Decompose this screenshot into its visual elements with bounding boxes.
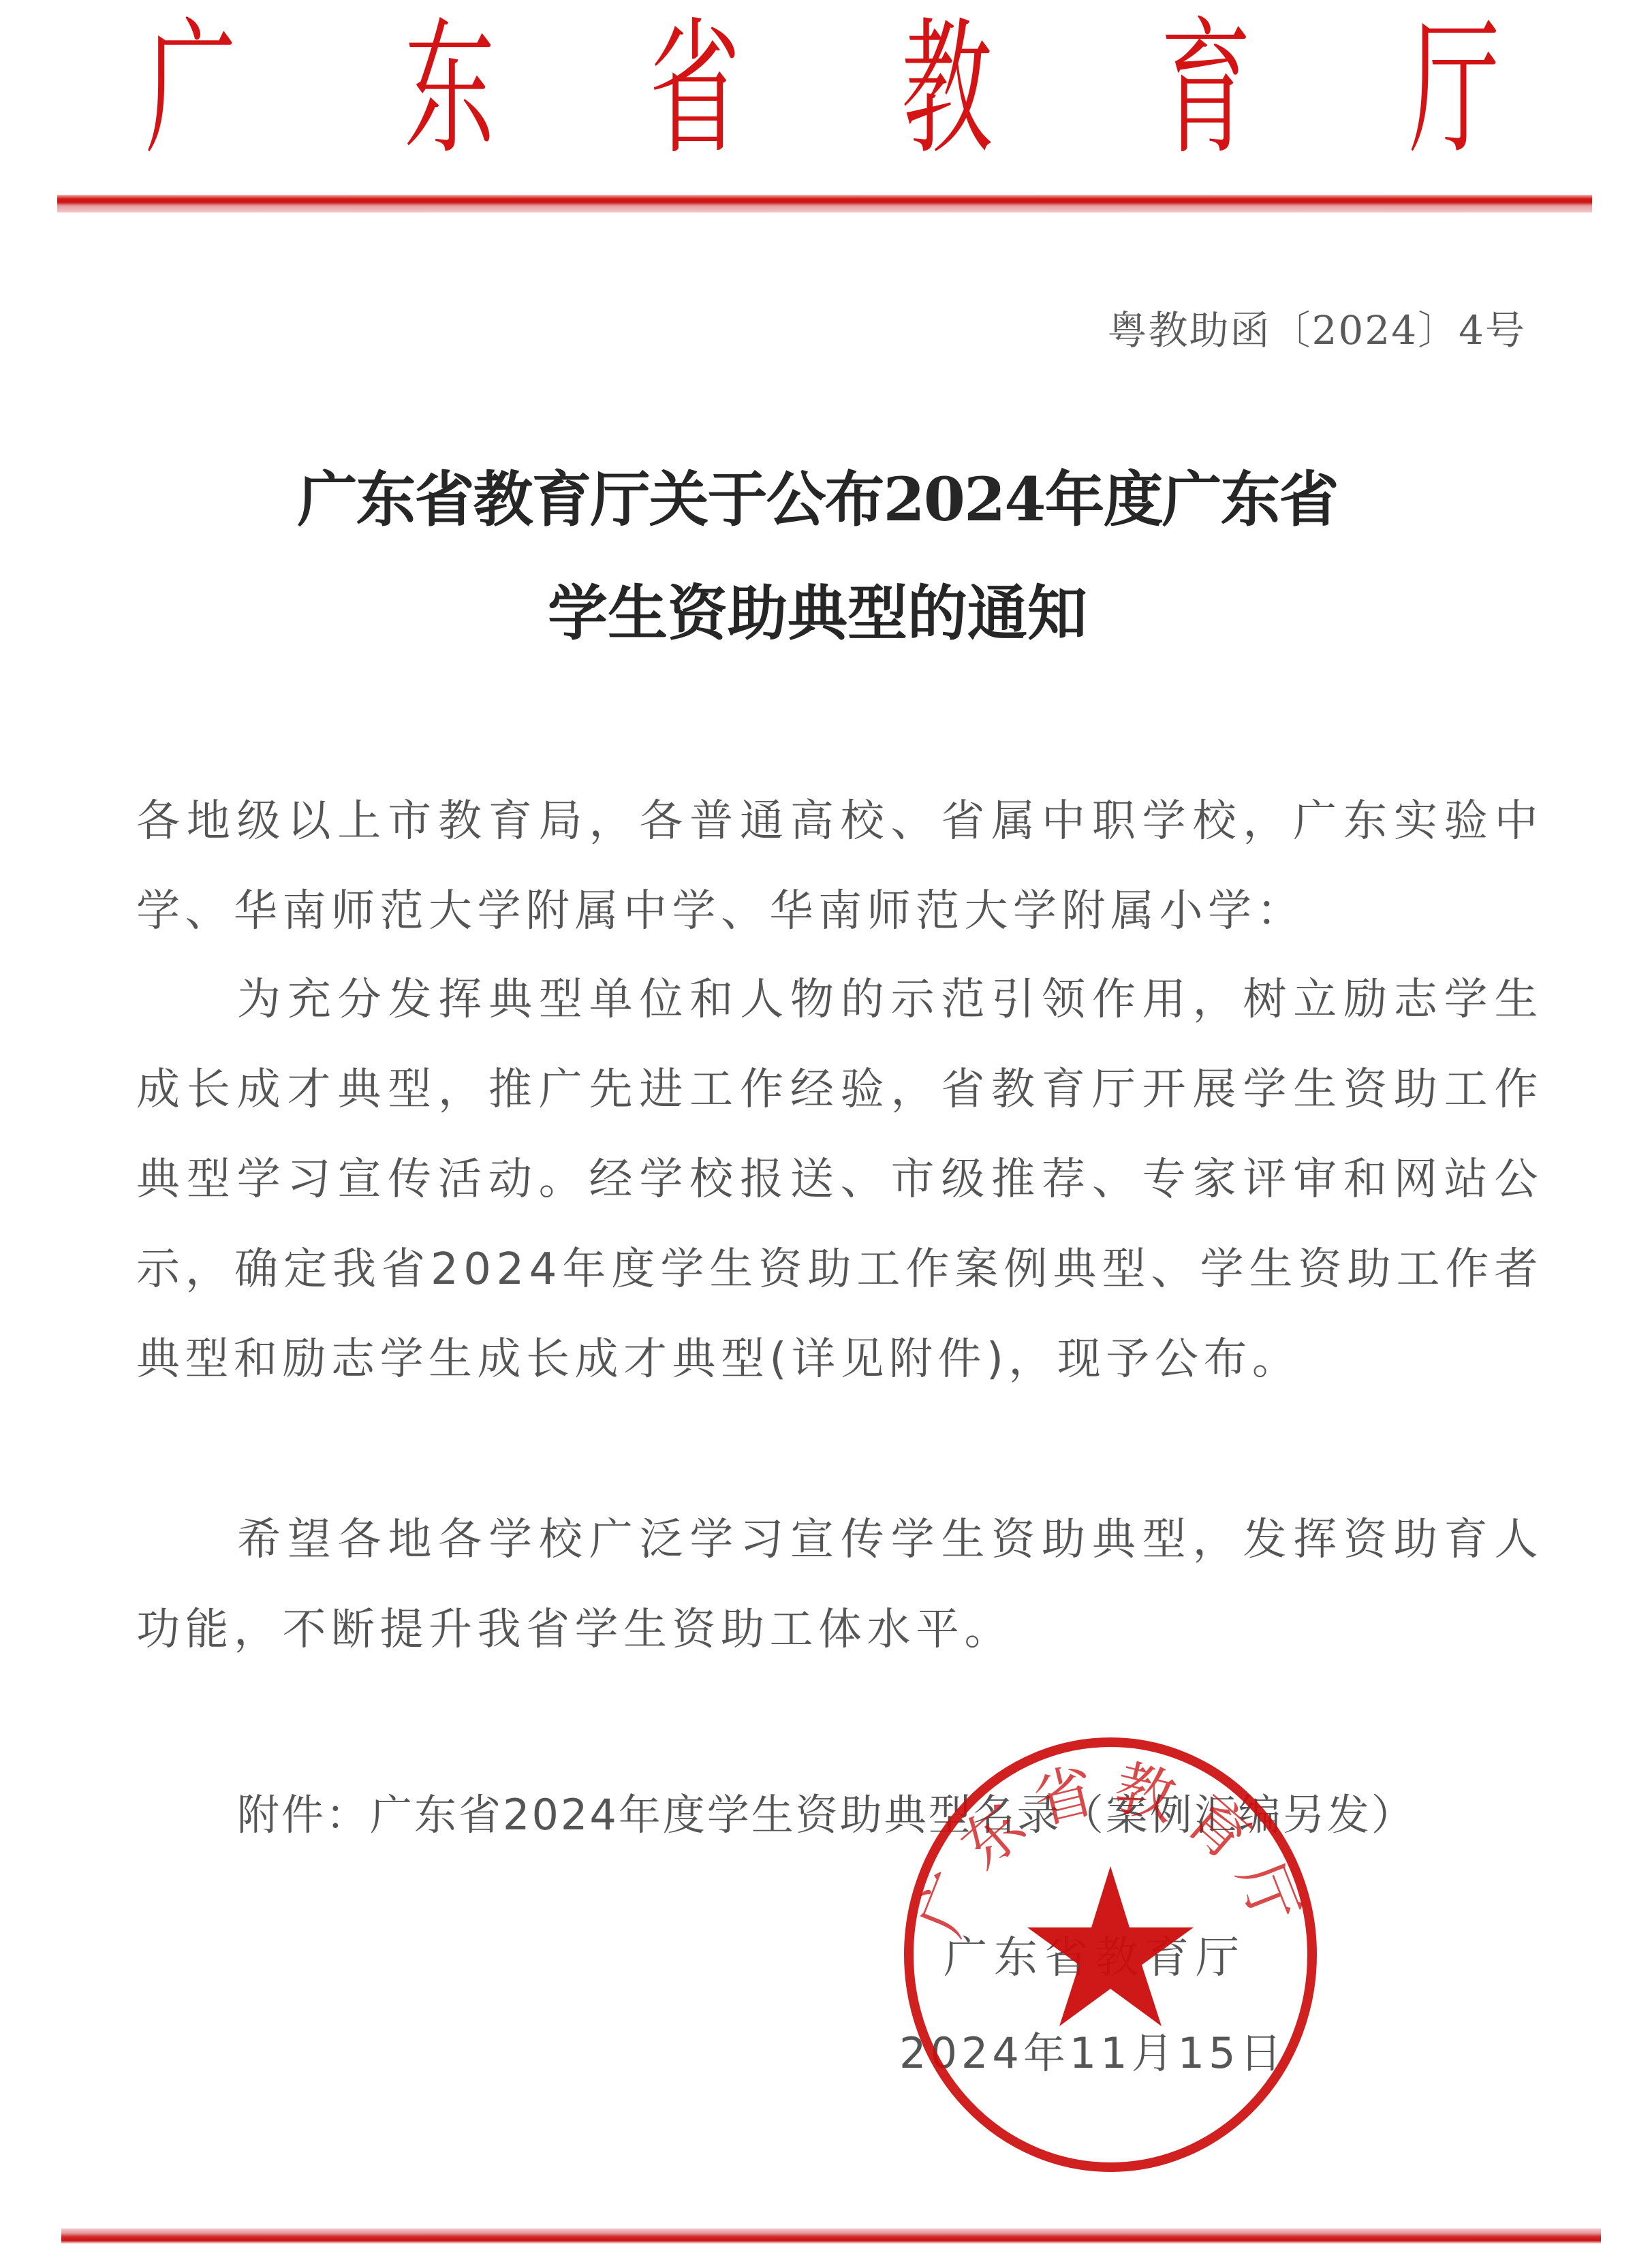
footer-red-rule: [61, 2228, 1601, 2243]
body-paragraph: 希望各地各学校广泛学习宣传学生资助典型，发挥资助育人功能，不断提升我省学生资助工…: [136, 1495, 1543, 1675]
document-title-line-1: 广东省教育厅关于公布2024年度广东省: [0, 462, 1635, 537]
masthead-char: 省: [644, 12, 746, 169]
official-document-page: 广 东 省 教 育 厅 粤教助函〔2024〕4号 广东省教育厅关于公布2024年…: [0, 0, 1635, 2268]
masthead-char: 教: [897, 12, 998, 169]
masthead-char: 厅: [1404, 12, 1506, 169]
official-seal: 广东省教育厅: [886, 1730, 1335, 2179]
masthead-char: 东: [399, 12, 501, 169]
addressee: 各地级以上市教育局，各普通高校、省属中职学校，广东实验中学、华南师范大学附属中学…: [136, 776, 1543, 956]
document-number: 粤教助函〔2024〕4号: [1107, 303, 1526, 358]
masthead-char: 育: [1155, 12, 1257, 169]
masthead-char: 广: [140, 12, 242, 169]
star-icon: [1027, 1866, 1194, 2026]
body-paragraph: 为充分发挥典型单位和人物的示范引领作用，树立励志学生成长成才典型，推广先进工作经…: [136, 955, 1543, 1404]
masthead-red-rule: [57, 195, 1592, 212]
document-title-line-2: 学生资助典型的通知: [0, 576, 1635, 650]
seal-graphic: 广东省教育厅: [886, 1730, 1335, 2179]
